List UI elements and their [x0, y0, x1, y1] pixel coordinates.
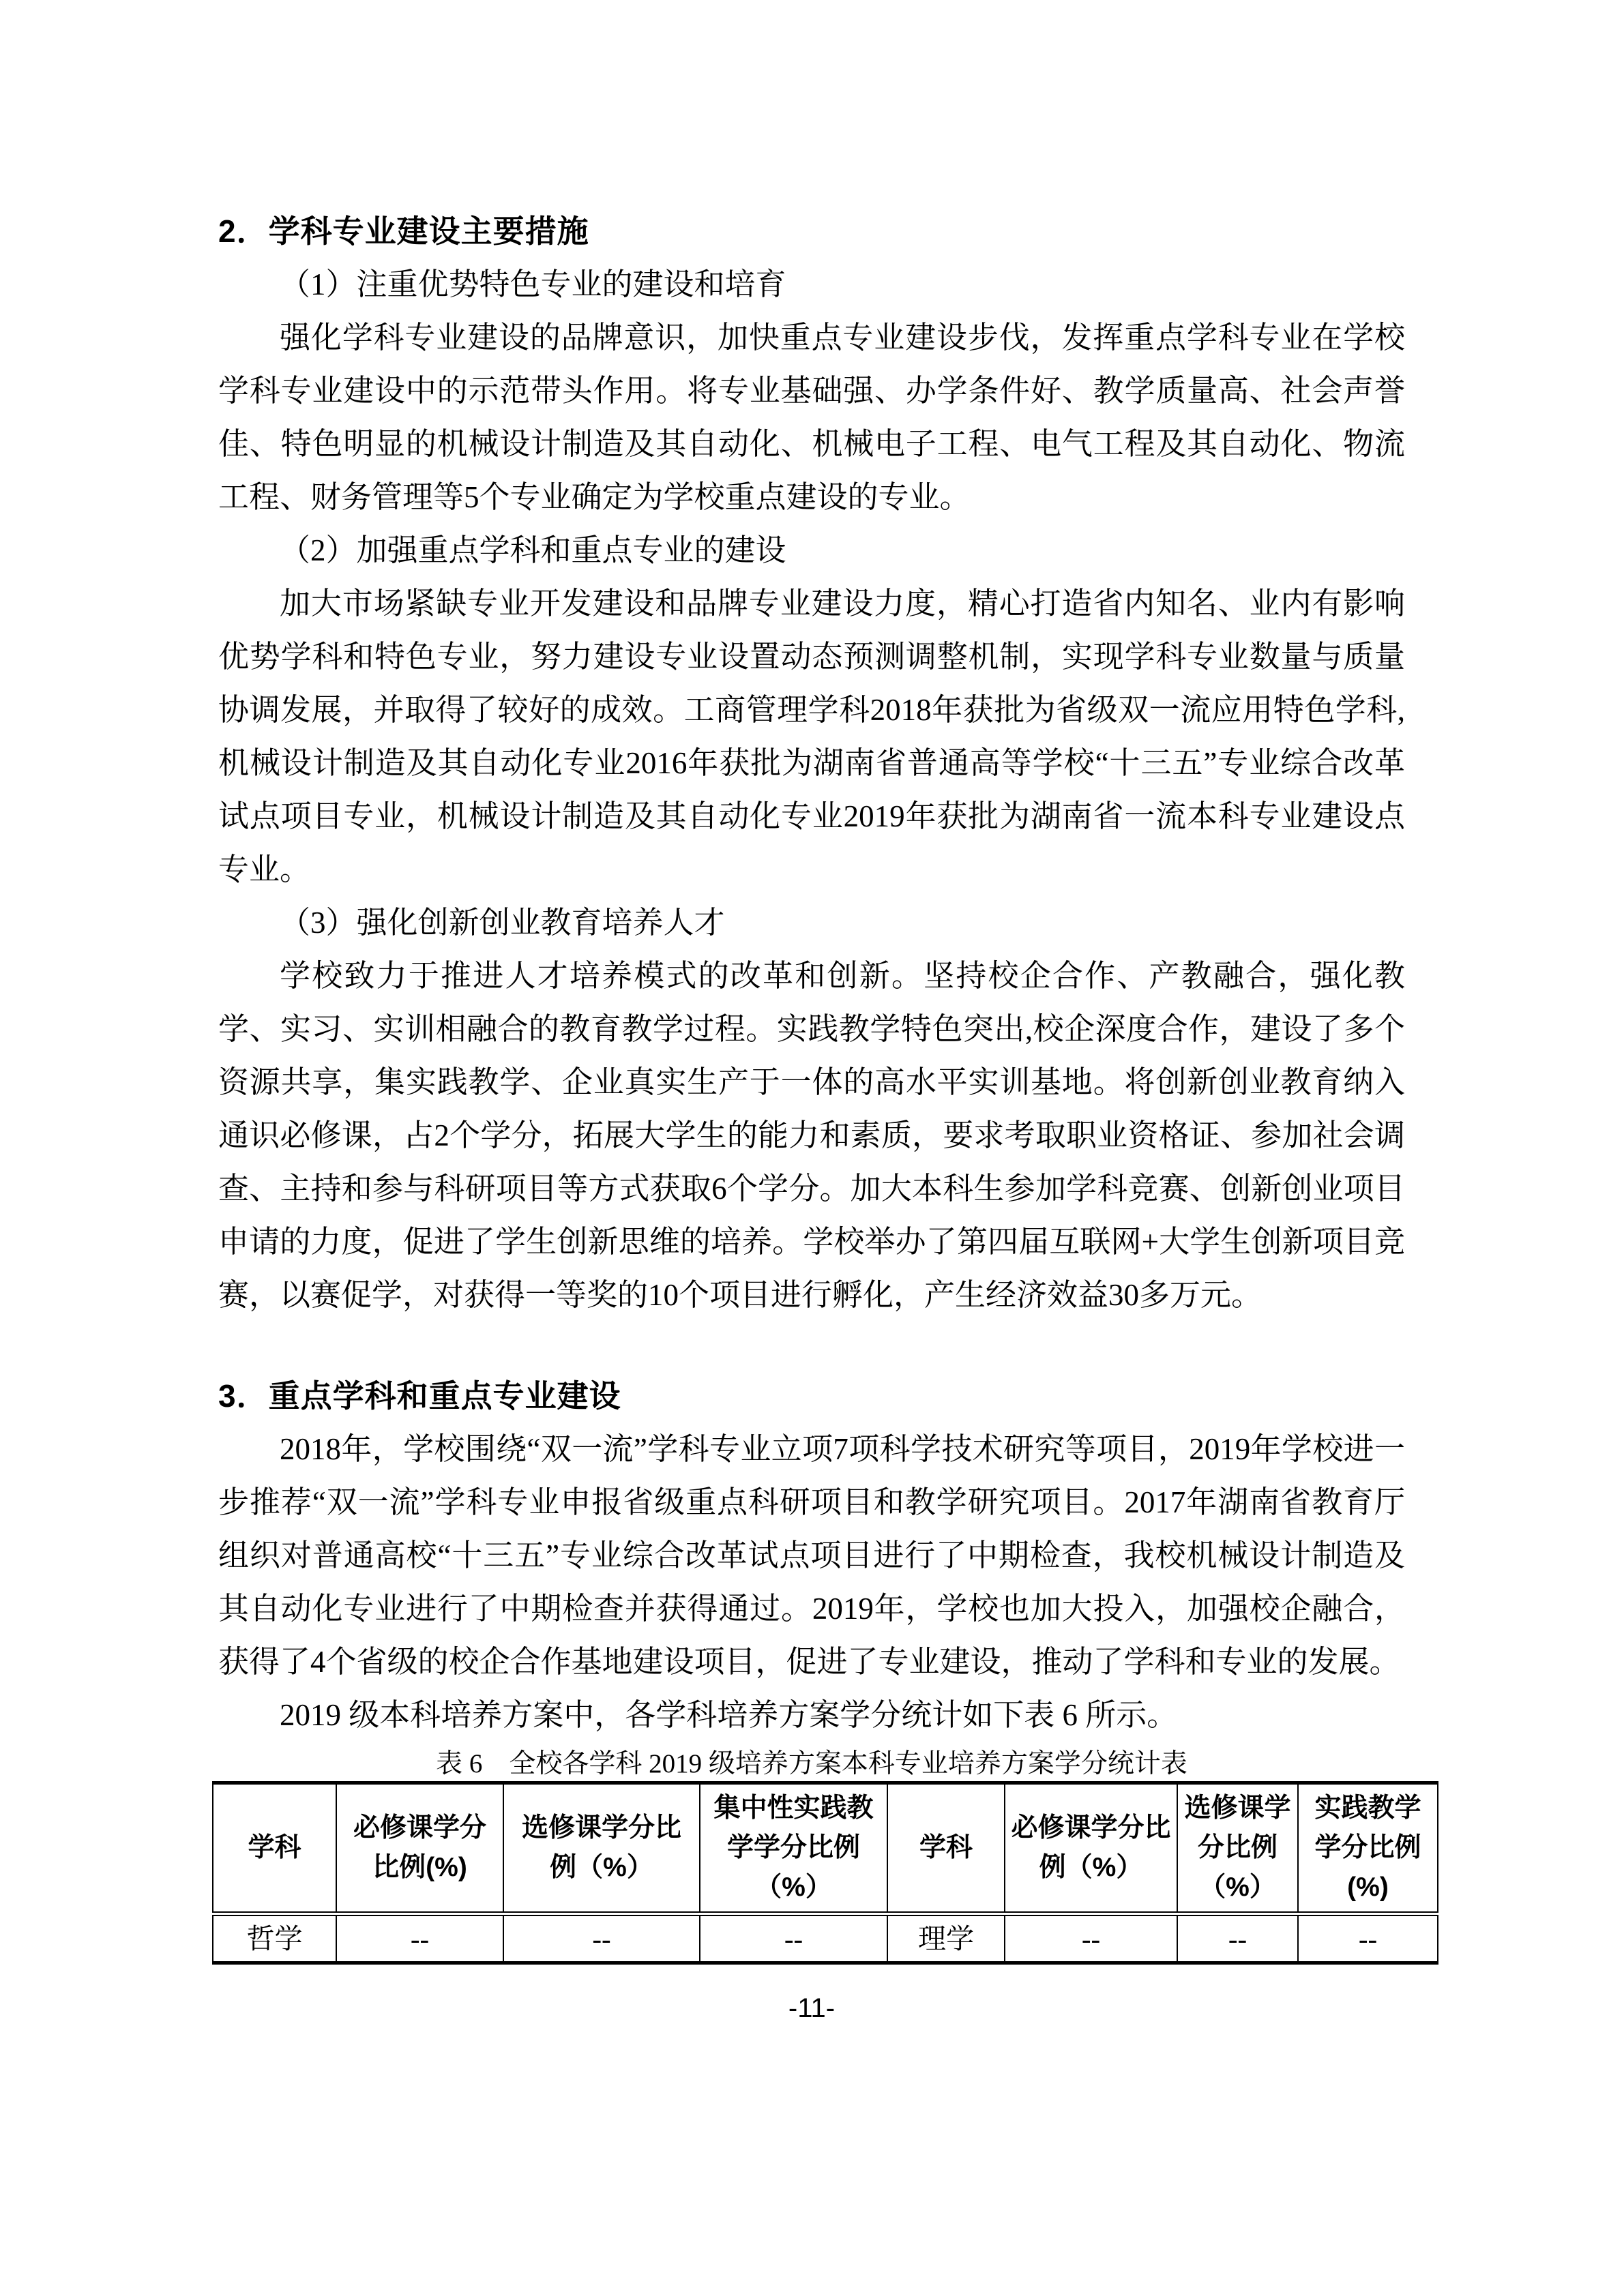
header-cell-practice-left: 集中性实践教学学分比例（%）	[700, 1783, 887, 1914]
cell-elective-left: --	[503, 1914, 700, 1963]
table-caption: 表 6 全校各学科 2019 级培养方案本科专业培养方案学分统计表	[218, 1747, 1405, 1781]
header-cell-required-right: 必修课学分比例（%）	[1005, 1783, 1177, 1914]
paragraph-2: 加大市场紧缺专业开发建设和品牌专业建设力度，精心打造省内知名、业内有影响优势学科…	[218, 577, 1405, 896]
header-cell-elective-left: 选修课学分比例（%）	[503, 1783, 700, 1914]
cell-required-left: --	[336, 1914, 503, 1963]
cell-discipline-right: 理学	[887, 1914, 1005, 1963]
table-row: 哲学 -- -- -- 理学 -- -- --	[213, 1914, 1438, 1963]
paragraph-4: 2018年，学校围绕“双一流”学科专业立项7项科学技术研究等项目，2019年学校…	[218, 1422, 1405, 1688]
section-heading-3: 3．重点学科和重点专业建设	[218, 1369, 1405, 1422]
paragraph-3: 学校致力于推进人才培养模式的改革和创新。坚持校企合作、产教融合，强化教学、实习、…	[218, 949, 1405, 1322]
sub-heading-1: （1）注重优势特色专业的建设和培育	[218, 258, 1405, 311]
table-header-row: 学科 必修课学分比例(%) 选修课学分比例（%） 集中性实践教学学分比例（%） …	[213, 1783, 1438, 1914]
document-page: 2．学科专业建设主要措施 （1）注重优势特色专业的建设和培育 强化学科专业建设的…	[0, 0, 1624, 2296]
header-cell-required-left: 必修课学分比例(%)	[336, 1783, 503, 1914]
page-content: 2．学科专业建设主要措施 （1）注重优势特色专业的建设和培育 强化学科专业建设的…	[218, 205, 1405, 2023]
header-cell-discipline-right: 学科	[887, 1783, 1005, 1914]
credit-statistics-table: 学科 必修课学分比例(%) 选修课学分比例（%） 集中性实践教学学分比例（%） …	[212, 1781, 1438, 1965]
paragraph-5: 2019 级本科培养方案中，各学科培养方案学分统计如下表 6 所示。	[218, 1688, 1405, 1742]
header-cell-practice-right: 实践教学学分比例(%)	[1298, 1783, 1438, 1914]
section-heading-2: 2．学科专业建设主要措施	[218, 205, 1405, 258]
cell-discipline-left: 哲学	[213, 1914, 336, 1963]
header-cell-discipline-left: 学科	[213, 1783, 336, 1914]
cell-elective-right: --	[1177, 1914, 1298, 1963]
page-number: -11-	[218, 1993, 1405, 2023]
header-cell-elective-right: 选修课学分比例（%）	[1177, 1783, 1298, 1914]
cell-required-right: --	[1005, 1914, 1177, 1963]
sub-heading-3: （3）强化创新创业教育培养人才	[218, 896, 1405, 949]
paragraph-1: 强化学科专业建设的品牌意识，加快重点专业建设步伐，发挥重点学科专业在学校学科专业…	[218, 311, 1405, 524]
cell-practice-right: --	[1298, 1914, 1438, 1963]
sub-heading-2: （2）加强重点学科和重点专业的建设	[218, 524, 1405, 577]
cell-practice-left: --	[700, 1914, 887, 1963]
